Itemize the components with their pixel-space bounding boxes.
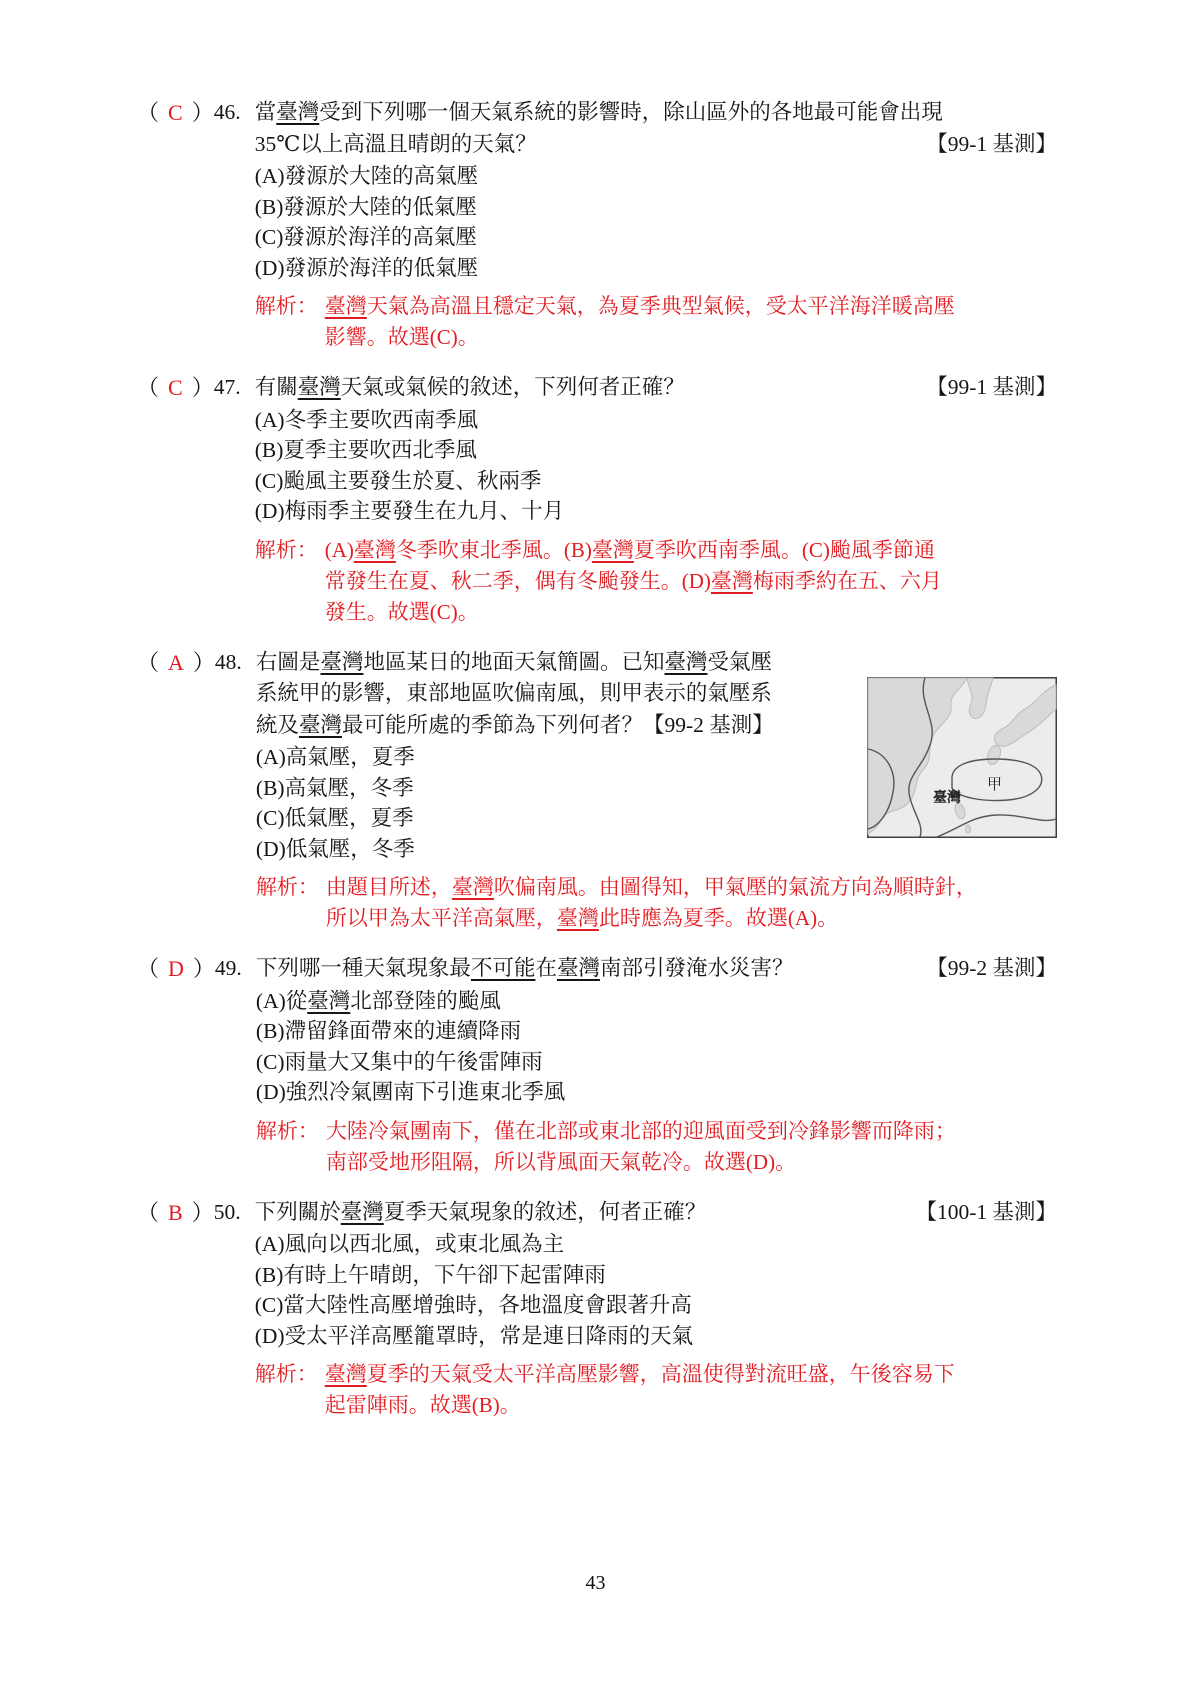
text-segment: 當 bbox=[255, 100, 277, 124]
text-segment: 天氣為高溫且穩定天氣，為夏季典型氣候，受太平洋海洋暖高壓 bbox=[367, 294, 955, 318]
text-segment: 系統甲的影響，東部地區吹偏南風，則甲表示的氣壓系 bbox=[256, 681, 772, 705]
option-b: (B)發源於大陸的低氣壓 bbox=[255, 192, 1057, 223]
text-segment: (B)高氣壓，冬季 bbox=[256, 776, 414, 800]
question-stem-line: 統及臺灣最可能所處的季節為下列何者？【99-2 基測】 bbox=[256, 710, 1057, 742]
question-stem-line: 【100-1 基測】下列關於臺灣夏季天氣現象的敘述，何者正確？ bbox=[255, 1197, 1057, 1229]
exam-page: （C） 46. 當臺灣受到下列哪一個天氣系統的影響時，除山區外的各地最可能會出現… bbox=[0, 0, 1191, 1684]
question-stem-line: 【99-2 基測】下列哪一種天氣現象最不可能在臺灣南部引發淹水災害？ bbox=[256, 953, 1057, 985]
underlined-text: 臺灣 bbox=[299, 713, 342, 737]
text-segment: (C)當大陸性高壓增強時，各地溫度會跟著升高 bbox=[255, 1293, 692, 1317]
text-segment: 常發生在夏、秋二季，偶有冬颱發生。(D) bbox=[325, 569, 711, 593]
text-segment: 有關 bbox=[255, 375, 298, 399]
explanation-label: 解析： bbox=[256, 872, 326, 934]
options-list: (A)風向以西北風，或東北風為主 (B)有時上午晴朗，下午卻下起雷陣雨 (C)當… bbox=[255, 1229, 1057, 1351]
text-segment: (C)低氣壓，夏季 bbox=[256, 806, 414, 830]
text-segment: 地區某日的地面天氣簡圖。已知 bbox=[363, 650, 664, 674]
underlined-text: 臺灣 bbox=[592, 538, 634, 562]
option-a: (A)風向以西北風，或東北風為主 bbox=[255, 1229, 1057, 1260]
question-46: （C） 46. 當臺灣受到下列哪一個天氣系統的影響時，除山區外的各地最可能會出現… bbox=[137, 97, 1057, 353]
option-a: (A)從臺灣北部登陸的颱風 bbox=[256, 986, 1057, 1017]
explanation-line: 常發生在夏、秋二季，偶有冬颱發生。(D)臺灣梅雨季約在五、六月 bbox=[325, 566, 1057, 597]
text-segment: 在 bbox=[535, 956, 557, 980]
text-segment: 起雷陣雨。故選(B)。 bbox=[325, 1393, 521, 1417]
explanation-text: 臺灣天氣為高溫且穩定天氣，為夏季典型氣候，受太平洋海洋暖高壓 影響。故選(C)。 bbox=[325, 291, 1057, 353]
question-stem-line: 系統甲的影響，東部地區吹偏南風，則甲表示的氣壓系 bbox=[256, 678, 1057, 710]
explanation-label: 解析： bbox=[255, 291, 325, 353]
explanation: 解析： (A)臺灣冬季吹東北季風。(B)臺灣夏季吹西南季風。(C)颱風季節通 常… bbox=[255, 535, 1057, 628]
explanation-line: 影響。故選(C)。 bbox=[325, 322, 1057, 353]
underlined-text: 臺灣 bbox=[298, 375, 341, 399]
map-taiwan-label: 臺灣 bbox=[933, 789, 961, 806]
underlined-text: 臺灣 bbox=[320, 650, 363, 674]
text-segment: 南部受地形阻隔，所以背風面天氣乾冷。故選(D)。 bbox=[326, 1150, 796, 1174]
underlined-text: 臺灣 bbox=[557, 956, 600, 980]
explanation-line: 大陸冷氣團南下，僅在北部或東北部的迎風面受到冷鋒影響而降雨； bbox=[326, 1116, 1057, 1147]
answer-cell: （A） bbox=[137, 647, 215, 679]
close-paren: ） bbox=[193, 956, 215, 981]
text-segment: 南部引發淹水災害？ bbox=[600, 956, 794, 980]
text-segment: (D)受太平洋高壓籠罩時，常是連日降雨的天氣 bbox=[255, 1324, 693, 1348]
question-number: 46. bbox=[214, 97, 255, 129]
open-paren: （ bbox=[137, 650, 159, 675]
source-tag: 【99-2 基測】 bbox=[643, 713, 774, 737]
explanation-line: 發生。故選(C)。 bbox=[325, 597, 1057, 628]
underlined-text: 臺灣 bbox=[276, 100, 319, 124]
options-list: (A)發源於大陸的高氣壓 (B)發源於大陸的低氣壓 (C)發源於海洋的高氣壓 (… bbox=[255, 161, 1057, 283]
question-body: 【99-1 基測】有關臺灣天氣或氣候的敘述，下列何者正確？ (A)冬季主要吹西南… bbox=[255, 372, 1057, 628]
text-segment: (B)有時上午晴朗，下午卻下起雷陣雨 bbox=[255, 1263, 606, 1287]
map-land-islet bbox=[966, 825, 971, 833]
text-segment: (A) bbox=[325, 538, 354, 562]
text-segment: (B)夏季主要吹西北季風 bbox=[255, 438, 477, 462]
text-segment: 所以甲為太平洋高氣壓， bbox=[326, 906, 557, 930]
option-c: (C)雨量大又集中的午後雷陣雨 bbox=[256, 1047, 1057, 1078]
answer-cell: （C） bbox=[137, 372, 214, 404]
explanation-label: 解析： bbox=[256, 1116, 326, 1178]
explanation-text: (A)臺灣冬季吹東北季風。(B)臺灣夏季吹西南季風。(C)颱風季節通 常發生在夏… bbox=[325, 535, 1057, 628]
text-segment: 影響。故選(C)。 bbox=[325, 325, 479, 349]
text-segment: 最可能所處的季節為下列何者？ bbox=[342, 713, 643, 737]
text-segment: (B)發源於大陸的低氣壓 bbox=[255, 195, 477, 219]
option-a: (A)冬季主要吹西南季風 bbox=[255, 405, 1057, 436]
answer-cell: （B） bbox=[137, 1197, 214, 1229]
option-d: (D)受太平洋高壓籠罩時，常是連日降雨的天氣 bbox=[255, 1321, 1057, 1352]
answer-letter: D bbox=[159, 956, 193, 981]
text-segment: (A)從 bbox=[256, 989, 307, 1013]
text-segment: 夏季吹西南季風。(C)颱風季節通 bbox=[634, 538, 935, 562]
explanation-line: 由題目所述，臺灣吹偏南風。由圖得知，甲氣壓的氣流方向為順時針， bbox=[326, 872, 1057, 903]
text-segment: (B)滯留鋒面帶來的連續降雨 bbox=[256, 1019, 521, 1043]
text-segment: 受氣壓 bbox=[707, 650, 772, 674]
open-paren: （ bbox=[137, 1200, 159, 1225]
options-list: (A)從臺灣北部登陸的颱風 (B)滯留鋒面帶來的連續降雨 (C)雨量大又集中的午… bbox=[256, 986, 1057, 1108]
option-d: (D)強烈冷氣團南下引進東北季風 bbox=[256, 1077, 1057, 1108]
text-segment: 吹偏南風。由圖得知，甲氣壓的氣流方向為順時針， bbox=[494, 875, 977, 899]
option-a: (A)發源於大陸的高氣壓 bbox=[255, 161, 1057, 192]
underlined-text: 臺灣 bbox=[341, 1200, 384, 1224]
open-paren: （ bbox=[137, 956, 159, 981]
close-paren: ） bbox=[192, 100, 214, 125]
source-tag: 【100-1 基測】 bbox=[915, 1197, 1057, 1229]
question-body: 【100-1 基測】下列關於臺灣夏季天氣現象的敘述，何者正確？ (A)風向以西北… bbox=[255, 1197, 1057, 1422]
explanation: 解析： 大陸冷氣團南下，僅在北部或東北部的迎風面受到冷鋒影響而降雨； 南部受地形… bbox=[256, 1116, 1057, 1178]
text-segment: (D)梅雨季主要發生在九月、十月 bbox=[255, 499, 564, 523]
option-b: (B)有時上午晴朗，下午卻下起雷陣雨 bbox=[255, 1260, 1057, 1291]
text-segment: (A)風向以西北風，或東北風為主 bbox=[255, 1232, 564, 1256]
underlined-text: 不可能 bbox=[471, 956, 536, 980]
explanation: 解析： 臺灣天氣為高溫且穩定天氣，為夏季典型氣候，受太平洋海洋暖高壓 影響。故選… bbox=[255, 291, 1057, 353]
text-segment: (C)發源於海洋的高氣壓 bbox=[255, 225, 477, 249]
text-segment: 此時應為夏季。故選(A)。 bbox=[599, 906, 838, 930]
text-segment: (D)發源於海洋的低氣壓 bbox=[255, 256, 478, 280]
explanation-text: 臺灣夏季的天氣受太平洋高壓影響，高溫使得對流旺盛，午後容易下 起雷陣雨。故選(B… bbox=[325, 1359, 1057, 1421]
question-50: （B） 50. 【100-1 基測】下列關於臺灣夏季天氣現象的敘述，何者正確？ … bbox=[137, 1197, 1057, 1422]
text-segment: (D)低氣壓，冬季 bbox=[256, 837, 415, 861]
open-paren: （ bbox=[137, 100, 159, 125]
underlined-text: 臺灣 bbox=[325, 294, 367, 318]
underlined-text: 臺灣 bbox=[711, 569, 753, 593]
text-segment: 夏季天氣現象的敘述，何者正確？ bbox=[384, 1200, 707, 1224]
source-tag: 【99-1 基測】 bbox=[926, 129, 1057, 161]
answer-cell: （D） bbox=[137, 953, 215, 985]
map-jia-label: 甲 bbox=[987, 776, 1002, 793]
answer-letter: C bbox=[159, 100, 192, 125]
source-tag: 【99-1 基測】 bbox=[926, 372, 1057, 404]
text-segment: 冬季吹東北季風。(B) bbox=[396, 538, 592, 562]
question-stem-line: 右圖是臺灣地區某日的地面天氣簡圖。已知臺灣受氣壓 bbox=[256, 647, 1057, 679]
explanation-line: 臺灣天氣為高溫且穩定天氣，為夏季典型氣候，受太平洋海洋暖高壓 bbox=[325, 291, 1057, 322]
question-49: （D） 49. 【99-2 基測】下列哪一種天氣現象最不可能在臺灣南部引發淹水災… bbox=[137, 953, 1057, 1178]
underlined-text: 臺灣 bbox=[664, 650, 707, 674]
text-segment: 發生。故選(C)。 bbox=[325, 600, 479, 624]
text-segment: (D)強烈冷氣團南下引進東北季風 bbox=[256, 1080, 565, 1104]
text-segment: 大陸冷氣團南下，僅在北部或東北部的迎風面受到冷鋒影響而降雨； bbox=[326, 1119, 956, 1143]
question-body: 【99-2 基測】下列哪一種天氣現象最不可能在臺灣南部引發淹水災害？ (A)從臺… bbox=[256, 953, 1057, 1178]
option-d: (D)梅雨季主要發生在九月、十月 bbox=[255, 496, 1057, 527]
close-paren: ） bbox=[193, 650, 215, 675]
text-segment: 梅雨季約在五、六月 bbox=[753, 569, 942, 593]
text-segment: (A)高氣壓，夏季 bbox=[256, 745, 415, 769]
text-segment: 由題目所述， bbox=[326, 875, 452, 899]
underlined-text: 臺灣 bbox=[557, 906, 599, 930]
answer-letter: C bbox=[159, 375, 192, 400]
explanation-line: (A)臺灣冬季吹東北季風。(B)臺灣夏季吹西南季風。(C)颱風季節通 bbox=[325, 535, 1057, 566]
explanation-label: 解析： bbox=[255, 535, 325, 628]
answer-letter: B bbox=[159, 1200, 192, 1225]
underlined-text: 臺灣 bbox=[452, 875, 494, 899]
underlined-text: 臺灣 bbox=[354, 538, 396, 562]
question-number: 49. bbox=[215, 953, 256, 985]
text-segment: (A)發源於大陸的高氣壓 bbox=[255, 164, 478, 188]
text-segment: 下列哪一種天氣現象最 bbox=[256, 956, 471, 980]
answer-letter: A bbox=[159, 650, 193, 675]
text-segment: 受到下列哪一個天氣系統的影響時，除山區外的各地最可能會出現 bbox=[319, 100, 943, 124]
close-paren: ） bbox=[192, 1200, 214, 1225]
option-d: (D)發源於海洋的低氣壓 bbox=[255, 253, 1057, 284]
question-stem-line: 【99-1 基測】35℃以上高溫且晴朗的天氣？ bbox=[255, 129, 1057, 161]
option-b: (B)滯留鋒面帶來的連續降雨 bbox=[256, 1016, 1057, 1047]
text-segment: (C)雨量大又集中的午後雷陣雨 bbox=[256, 1050, 543, 1074]
text-segment: 右圖是 bbox=[256, 650, 321, 674]
question-number: 47. bbox=[214, 372, 255, 404]
option-c: (C)當大陸性高壓增強時，各地溫度會跟著升高 bbox=[255, 1290, 1057, 1321]
text-segment: 35℃以上高溫且晴朗的天氣？ bbox=[255, 132, 537, 156]
option-d: (D)低氣壓，冬季 bbox=[256, 834, 1057, 865]
question-body: 臺灣 甲 右圖是臺灣地區某日的地面天氣簡圖。已知臺灣受氣壓 系統甲的影響，東部地… bbox=[256, 647, 1057, 935]
text-segment: 下列關於 bbox=[255, 1200, 341, 1224]
options-list: (A)冬季主要吹西南季風 (B)夏季主要吹西北季風 (C)颱風主要發生於夏、秋兩… bbox=[255, 405, 1057, 527]
question-47: （C） 47. 【99-1 基測】有關臺灣天氣或氣候的敘述，下列何者正確？ (A… bbox=[137, 372, 1057, 628]
text-segment: (C)颱風主要發生於夏、秋兩季 bbox=[255, 469, 542, 493]
question-stem-line: 【99-1 基測】有關臺灣天氣或氣候的敘述，下列何者正確？ bbox=[255, 372, 1057, 404]
source-tag: 【99-2 基測】 bbox=[926, 953, 1057, 985]
option-c: (C)颱風主要發生於夏、秋兩季 bbox=[255, 466, 1057, 497]
text-segment: 天氣或氣候的敘述，下列何者正確？ bbox=[341, 375, 685, 399]
text-segment: 夏季的天氣受太平洋高壓影響，高溫使得對流旺盛，午後容易下 bbox=[367, 1362, 955, 1386]
explanation-line: 南部受地形阻隔，所以背風面天氣乾冷。故選(D)。 bbox=[326, 1147, 1057, 1178]
explanation-line: 臺灣夏季的天氣受太平洋高壓影響，高溫使得對流旺盛，午後容易下 bbox=[325, 1359, 1057, 1390]
answer-cell: （C） bbox=[137, 97, 214, 129]
explanation-line: 起雷陣雨。故選(B)。 bbox=[325, 1390, 1057, 1421]
question-number: 50. bbox=[214, 1197, 255, 1229]
text-segment: (A)冬季主要吹西南季風 bbox=[255, 408, 478, 432]
underlined-text: 臺灣 bbox=[307, 989, 350, 1013]
underlined-text: 臺灣 bbox=[325, 1362, 367, 1386]
text-segment: 北部登陸的颱風 bbox=[350, 989, 501, 1013]
explanation-line: 所以甲為太平洋高氣壓，臺灣此時應為夏季。故選(A)。 bbox=[326, 903, 1057, 934]
explanation: 解析： 由題目所述，臺灣吹偏南風。由圖得知，甲氣壓的氣流方向為順時針， 所以甲為… bbox=[256, 872, 1057, 934]
explanation-text: 由題目所述，臺灣吹偏南風。由圖得知，甲氣壓的氣流方向為順時針， 所以甲為太平洋高… bbox=[326, 872, 1057, 934]
text-segment: 統及 bbox=[256, 713, 299, 737]
option-b: (B)夏季主要吹西北季風 bbox=[255, 435, 1057, 466]
open-paren: （ bbox=[137, 375, 159, 400]
explanation: 解析： 臺灣夏季的天氣受太平洋高壓影響，高溫使得對流旺盛，午後容易下 起雷陣雨。… bbox=[255, 1359, 1057, 1421]
question-number: 48. bbox=[215, 647, 256, 679]
page-content: （C） 46. 當臺灣受到下列哪一個天氣系統的影響時，除山區外的各地最可能會出現… bbox=[137, 97, 1057, 1440]
explanation-label: 解析： bbox=[255, 1359, 325, 1421]
question-stem-line: 當臺灣受到下列哪一個天氣系統的影響時，除山區外的各地最可能會出現 bbox=[255, 97, 1057, 129]
close-paren: ） bbox=[192, 375, 214, 400]
question-48: （A） 48. bbox=[137, 647, 1057, 935]
option-c: (C)發源於海洋的高氣壓 bbox=[255, 222, 1057, 253]
page-number: 43 bbox=[0, 1572, 1191, 1595]
question-body: 當臺灣受到下列哪一個天氣系統的影響時，除山區外的各地最可能會出現 【99-1 基… bbox=[255, 97, 1057, 353]
explanation-text: 大陸冷氣團南下，僅在北部或東北部的迎風面受到冷鋒影響而降雨； 南部受地形阻隔，所… bbox=[326, 1116, 1057, 1178]
